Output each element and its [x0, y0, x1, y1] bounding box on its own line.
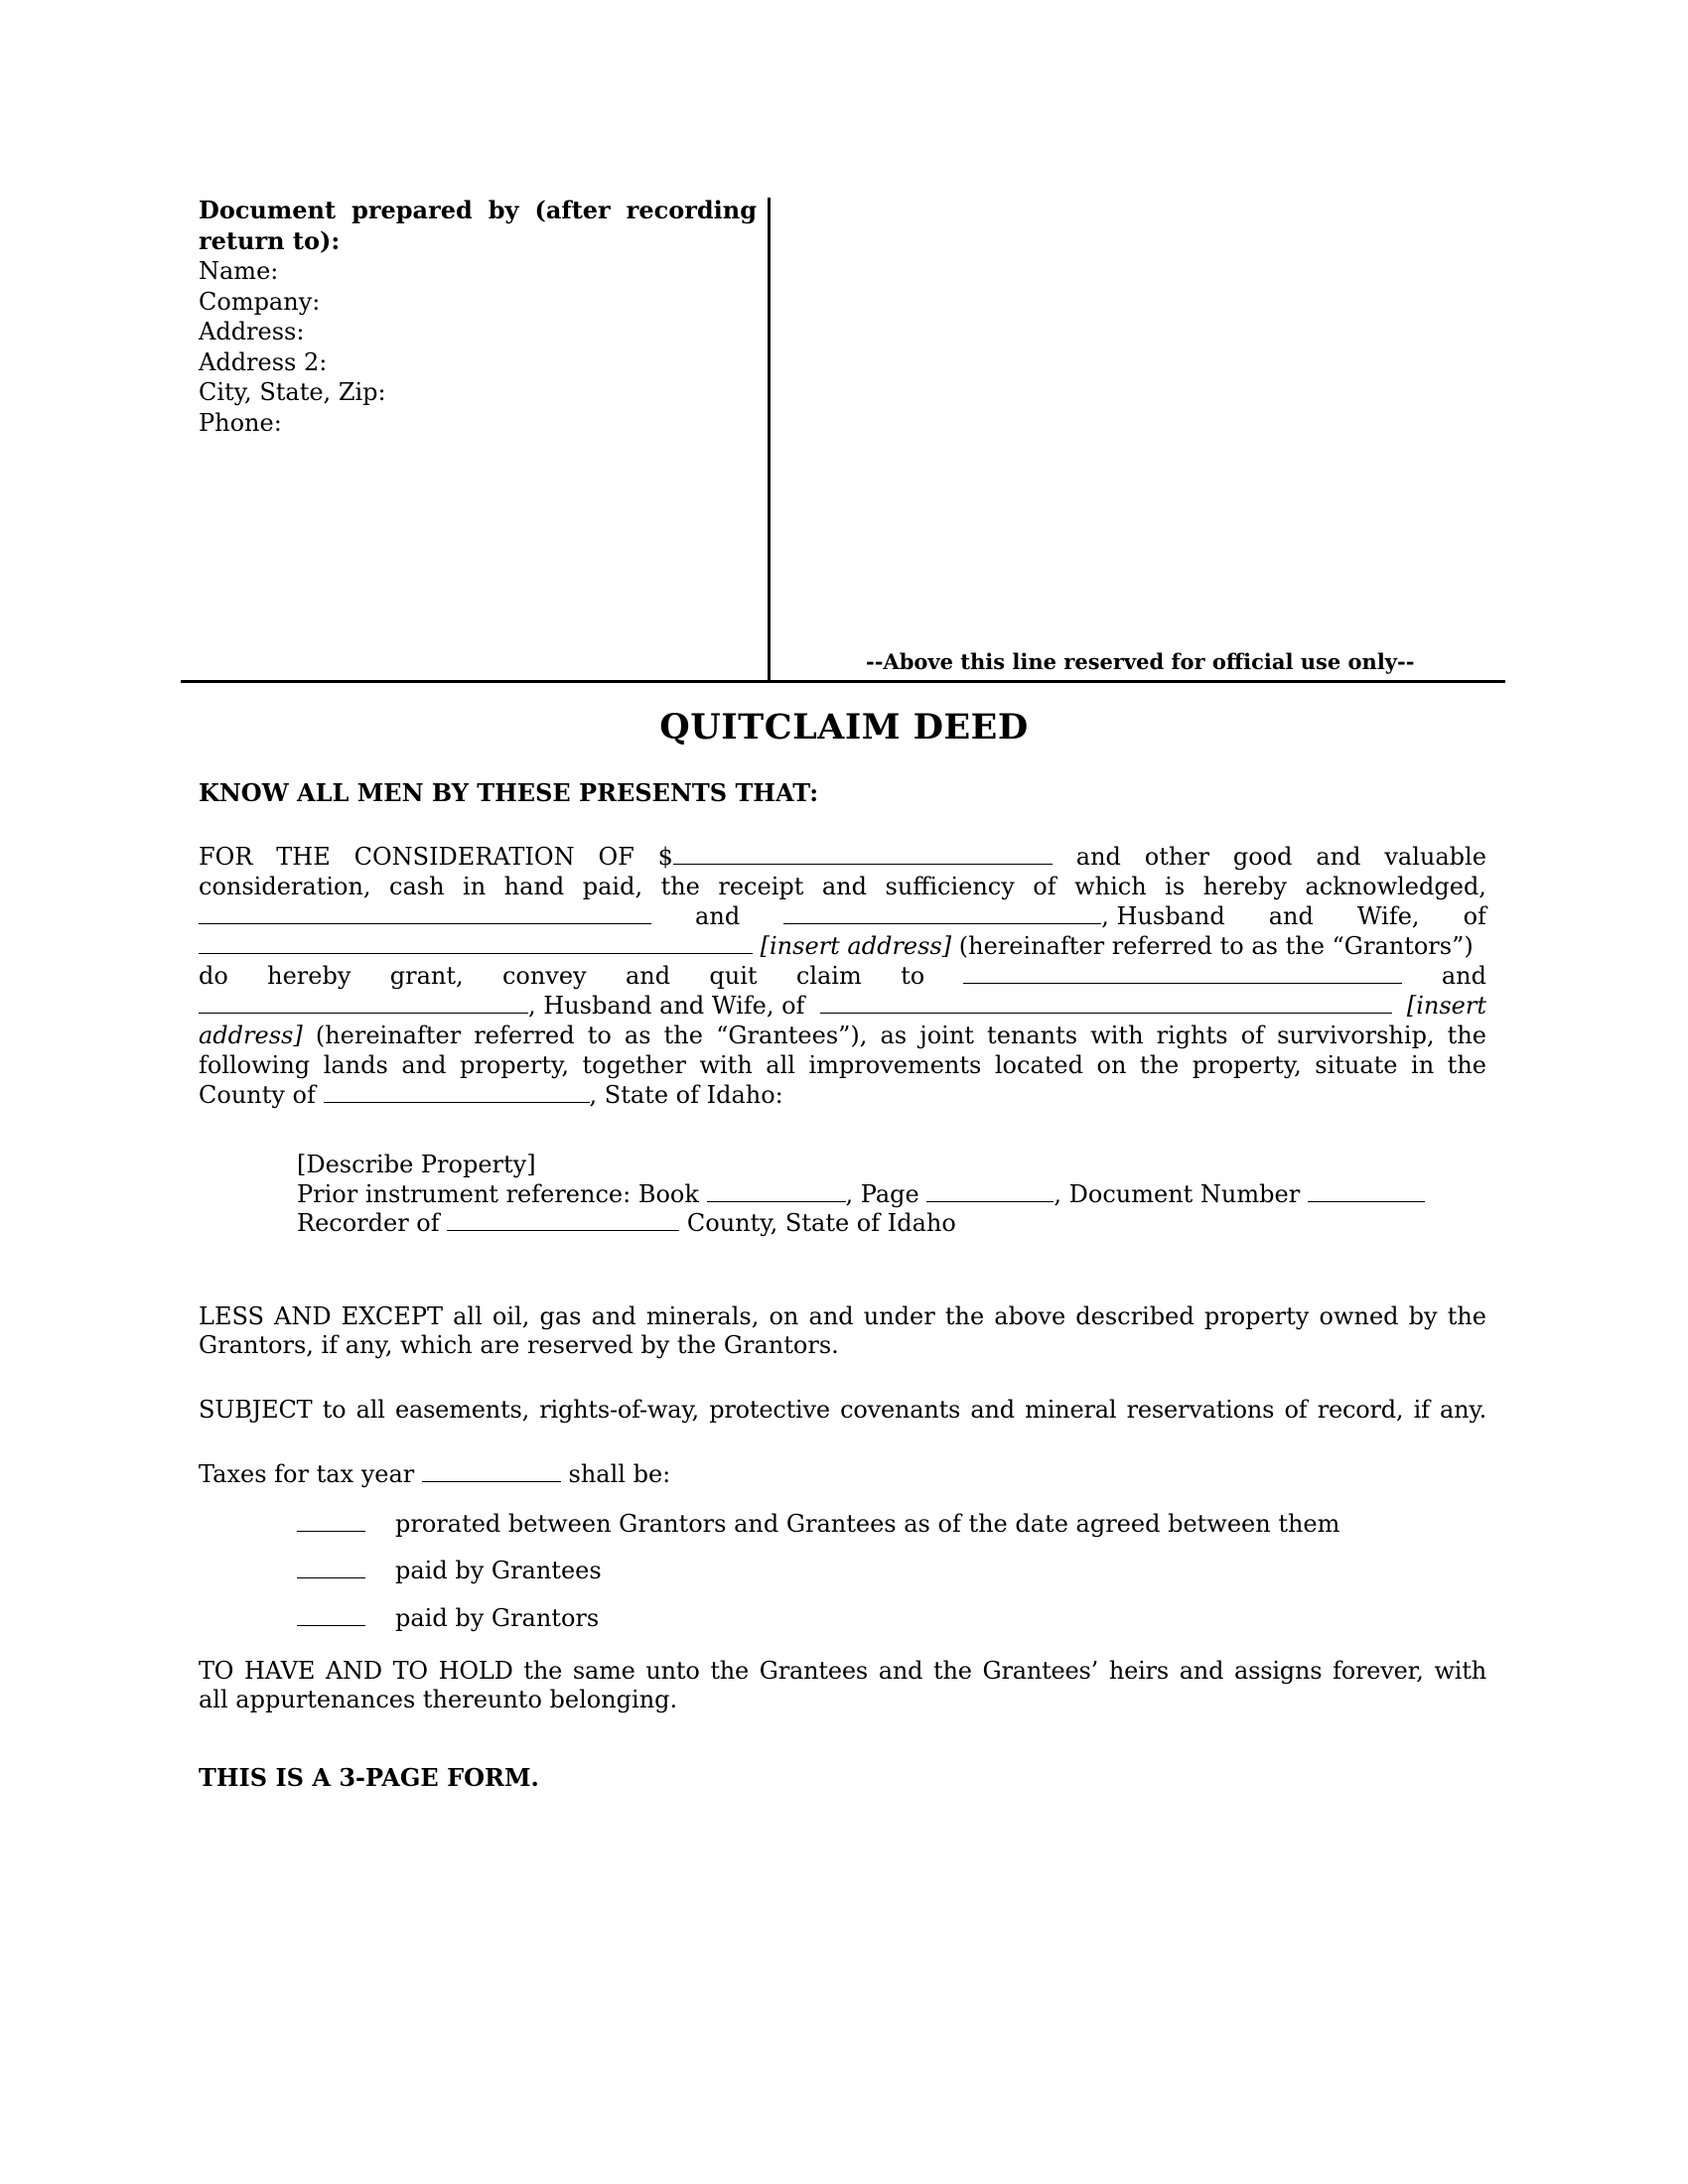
word: FOR	[199, 842, 252, 872]
word: claim	[796, 961, 862, 991]
recorder-state-text: County, State of Idaho	[687, 1209, 956, 1237]
word: paid,	[583, 872, 642, 901]
county-blank[interactable]	[324, 1080, 590, 1103]
describe-property: [Describe Property]	[297, 1150, 1486, 1179]
consideration-line-5: do hereby grant, convey and quit claim t…	[199, 961, 1486, 991]
word: acknowledged,	[1305, 872, 1486, 901]
subject-text: to all easements, rights-of-way, protect…	[323, 1396, 1486, 1424]
page-blank[interactable]	[926, 1179, 1054, 1202]
preparer-header: Document prepared by (after recording re…	[199, 196, 757, 256]
word: consideration,	[199, 872, 371, 901]
intro-heading: KNOW ALL MEN BY THESE PRESENTS THAT:	[199, 778, 1486, 808]
tax-option-label: prorated between Grantors and Grantees a…	[395, 1510, 1339, 1538]
consideration-line-7: address] (hereinafter referred to as the…	[199, 1021, 1486, 1050]
tax-option-label: paid by Grantors	[395, 1604, 599, 1632]
husband-and-wife-text: , Husband and Wife, of	[528, 992, 804, 1020]
word: and	[1269, 901, 1314, 931]
word: the	[661, 872, 700, 901]
word: which	[1074, 872, 1147, 901]
word: to	[901, 961, 924, 991]
word: other	[1145, 842, 1209, 872]
official-use-note: --Above this line reserved for official …	[866, 649, 1408, 674]
word: hereby	[1203, 872, 1287, 901]
word: hand	[504, 872, 565, 901]
habendum-lead: TO HAVE AND TO HOLD	[199, 1657, 513, 1685]
less-except-line-2: Grantors, if any, which are reserved by …	[199, 1330, 1486, 1360]
tax-year-blank[interactable]	[422, 1459, 561, 1482]
word: in	[463, 872, 486, 901]
insert-address-hint: address]	[199, 1022, 303, 1049]
grantor-1-name-blank[interactable]	[199, 901, 651, 924]
habendum-text: the same unto the Grantees and the Grant…	[523, 1657, 1486, 1685]
subject-lead: SUBJECT	[199, 1396, 312, 1424]
preparer-city-state-zip-field: City, State, Zip:	[199, 377, 757, 408]
tax-option-grantors-blank[interactable]	[297, 1603, 365, 1626]
word: and	[1442, 961, 1486, 991]
word: is	[1165, 872, 1185, 901]
word: and	[822, 872, 867, 901]
word: valuable	[1384, 842, 1486, 872]
word: sufficiency	[886, 872, 1015, 901]
recorder-line: Recorder of County, State of Idaho	[297, 1208, 1486, 1238]
word: quit	[709, 961, 757, 991]
habendum-line-1: TO HAVE AND TO HOLD the same unto the Gr…	[199, 1656, 1486, 1686]
tax-option-prorated-blank[interactable]	[297, 1509, 365, 1532]
word: of	[1033, 872, 1055, 901]
insert-address-hint: [insert	[1407, 991, 1486, 1021]
preparer-block: Document prepared by (after recording re…	[199, 196, 757, 438]
document-number-label: , Document Number	[1054, 1180, 1300, 1208]
dollar-sign: $	[658, 843, 673, 871]
word: of	[1464, 901, 1486, 931]
less-except-text: all oil, gas and minerals, on and under …	[453, 1302, 1486, 1330]
shall-be-text: shall be:	[569, 1460, 671, 1488]
recorder-county-blank[interactable]	[447, 1208, 679, 1231]
tax-year-label: Taxes for tax year	[199, 1460, 414, 1488]
tax-option-prorated: prorated between Grantors and Grantees a…	[297, 1509, 1486, 1539]
consideration-line-2: consideration, cash in hand paid, the re…	[199, 872, 1486, 901]
tax-option-grantors: paid by Grantors	[297, 1603, 1486, 1633]
preparer-company-field: Company:	[199, 287, 757, 318]
word: do	[199, 961, 228, 991]
consideration-line-6: , Husband and Wife, of [insert	[199, 991, 1486, 1021]
word: OF	[598, 842, 633, 872]
consideration-line-9: County of , State of Idaho:	[199, 1080, 1486, 1110]
state-text: , State of Idaho:	[590, 1081, 783, 1109]
taxes-line: Taxes for tax year shall be:	[199, 1459, 1486, 1489]
grantees-definition: (hereinafter referred to as the “Grantee…	[316, 1022, 1486, 1049]
grantee-1-name-blank[interactable]	[963, 961, 1402, 984]
book-label: Prior instrument reference: Book	[297, 1180, 699, 1208]
word: and	[1316, 842, 1360, 872]
less-except-lead: LESS AND EXCEPT	[199, 1302, 443, 1330]
document-title: QUITCLAIM DEED	[0, 707, 1688, 748]
recording-divider-horizontal	[181, 680, 1505, 683]
preparer-address2-field: Address 2:	[199, 347, 757, 378]
consideration-line-4: [insert address] (hereinafter referred t…	[199, 931, 1486, 961]
subject-clause: SUBJECT to all easements, rights-of-way,…	[199, 1395, 1486, 1425]
consideration-line-3: and , Husband and Wife, of	[199, 901, 1486, 931]
tax-option-grantees: paid by Grantees	[297, 1556, 1486, 1585]
consideration-amount[interactable]: $	[658, 842, 1053, 872]
word: grant,	[390, 961, 464, 991]
tax-option-label: paid by Grantees	[395, 1557, 602, 1584]
word: good	[1233, 842, 1293, 872]
word: CONSIDERATION	[354, 842, 575, 872]
consideration-line-1: FOR THE CONSIDERATION OF $ and other goo…	[199, 842, 1486, 872]
word: hereby	[267, 961, 351, 991]
document-number-blank[interactable]	[1308, 1179, 1425, 1202]
grantor-address-blank[interactable]	[199, 931, 753, 954]
grantee-address-blank[interactable]	[820, 991, 1392, 1014]
insert-address-hint: [insert address]	[761, 932, 951, 960]
consideration-line-8: following lands and property, together w…	[199, 1050, 1486, 1080]
word: cash	[389, 872, 445, 901]
word: and	[1076, 842, 1121, 872]
less-except-line-1: LESS AND EXCEPT all oil, gas and mineral…	[199, 1301, 1486, 1331]
recorder-label: Recorder of	[297, 1209, 440, 1237]
word: THE	[276, 842, 330, 872]
consideration-amount-blank[interactable]	[673, 842, 1053, 865]
word: convey	[502, 961, 587, 991]
word: , Husband	[1101, 902, 1224, 930]
book-blank[interactable]	[707, 1179, 846, 1202]
prior-instrument-line: Prior instrument reference: Book , Page …	[297, 1179, 1486, 1209]
page-count-note: THIS IS A 3-PAGE FORM.	[199, 1763, 1486, 1793]
word: receipt	[718, 872, 803, 901]
grantor-2-name-blank[interactable]	[783, 901, 1101, 924]
word: and	[695, 901, 740, 931]
county-label: County of	[199, 1081, 316, 1109]
preparer-name-field: Name:	[199, 256, 757, 287]
recording-divider-vertical	[768, 198, 771, 682]
page-label: , Page	[846, 1180, 919, 1208]
word: and	[626, 961, 670, 991]
habendum-line-2: all appurtenances thereunto belonging.	[199, 1685, 1486, 1714]
preparer-address-field: Address:	[199, 317, 757, 347]
grantee-2-name-blank[interactable]	[199, 991, 528, 1014]
preparer-phone-field: Phone:	[199, 408, 757, 439]
word: Wife,	[1357, 901, 1420, 931]
grantors-definition: (hereinafter referred to as the “Grantor…	[959, 932, 1474, 960]
tax-option-grantees-blank[interactable]	[297, 1556, 365, 1578]
